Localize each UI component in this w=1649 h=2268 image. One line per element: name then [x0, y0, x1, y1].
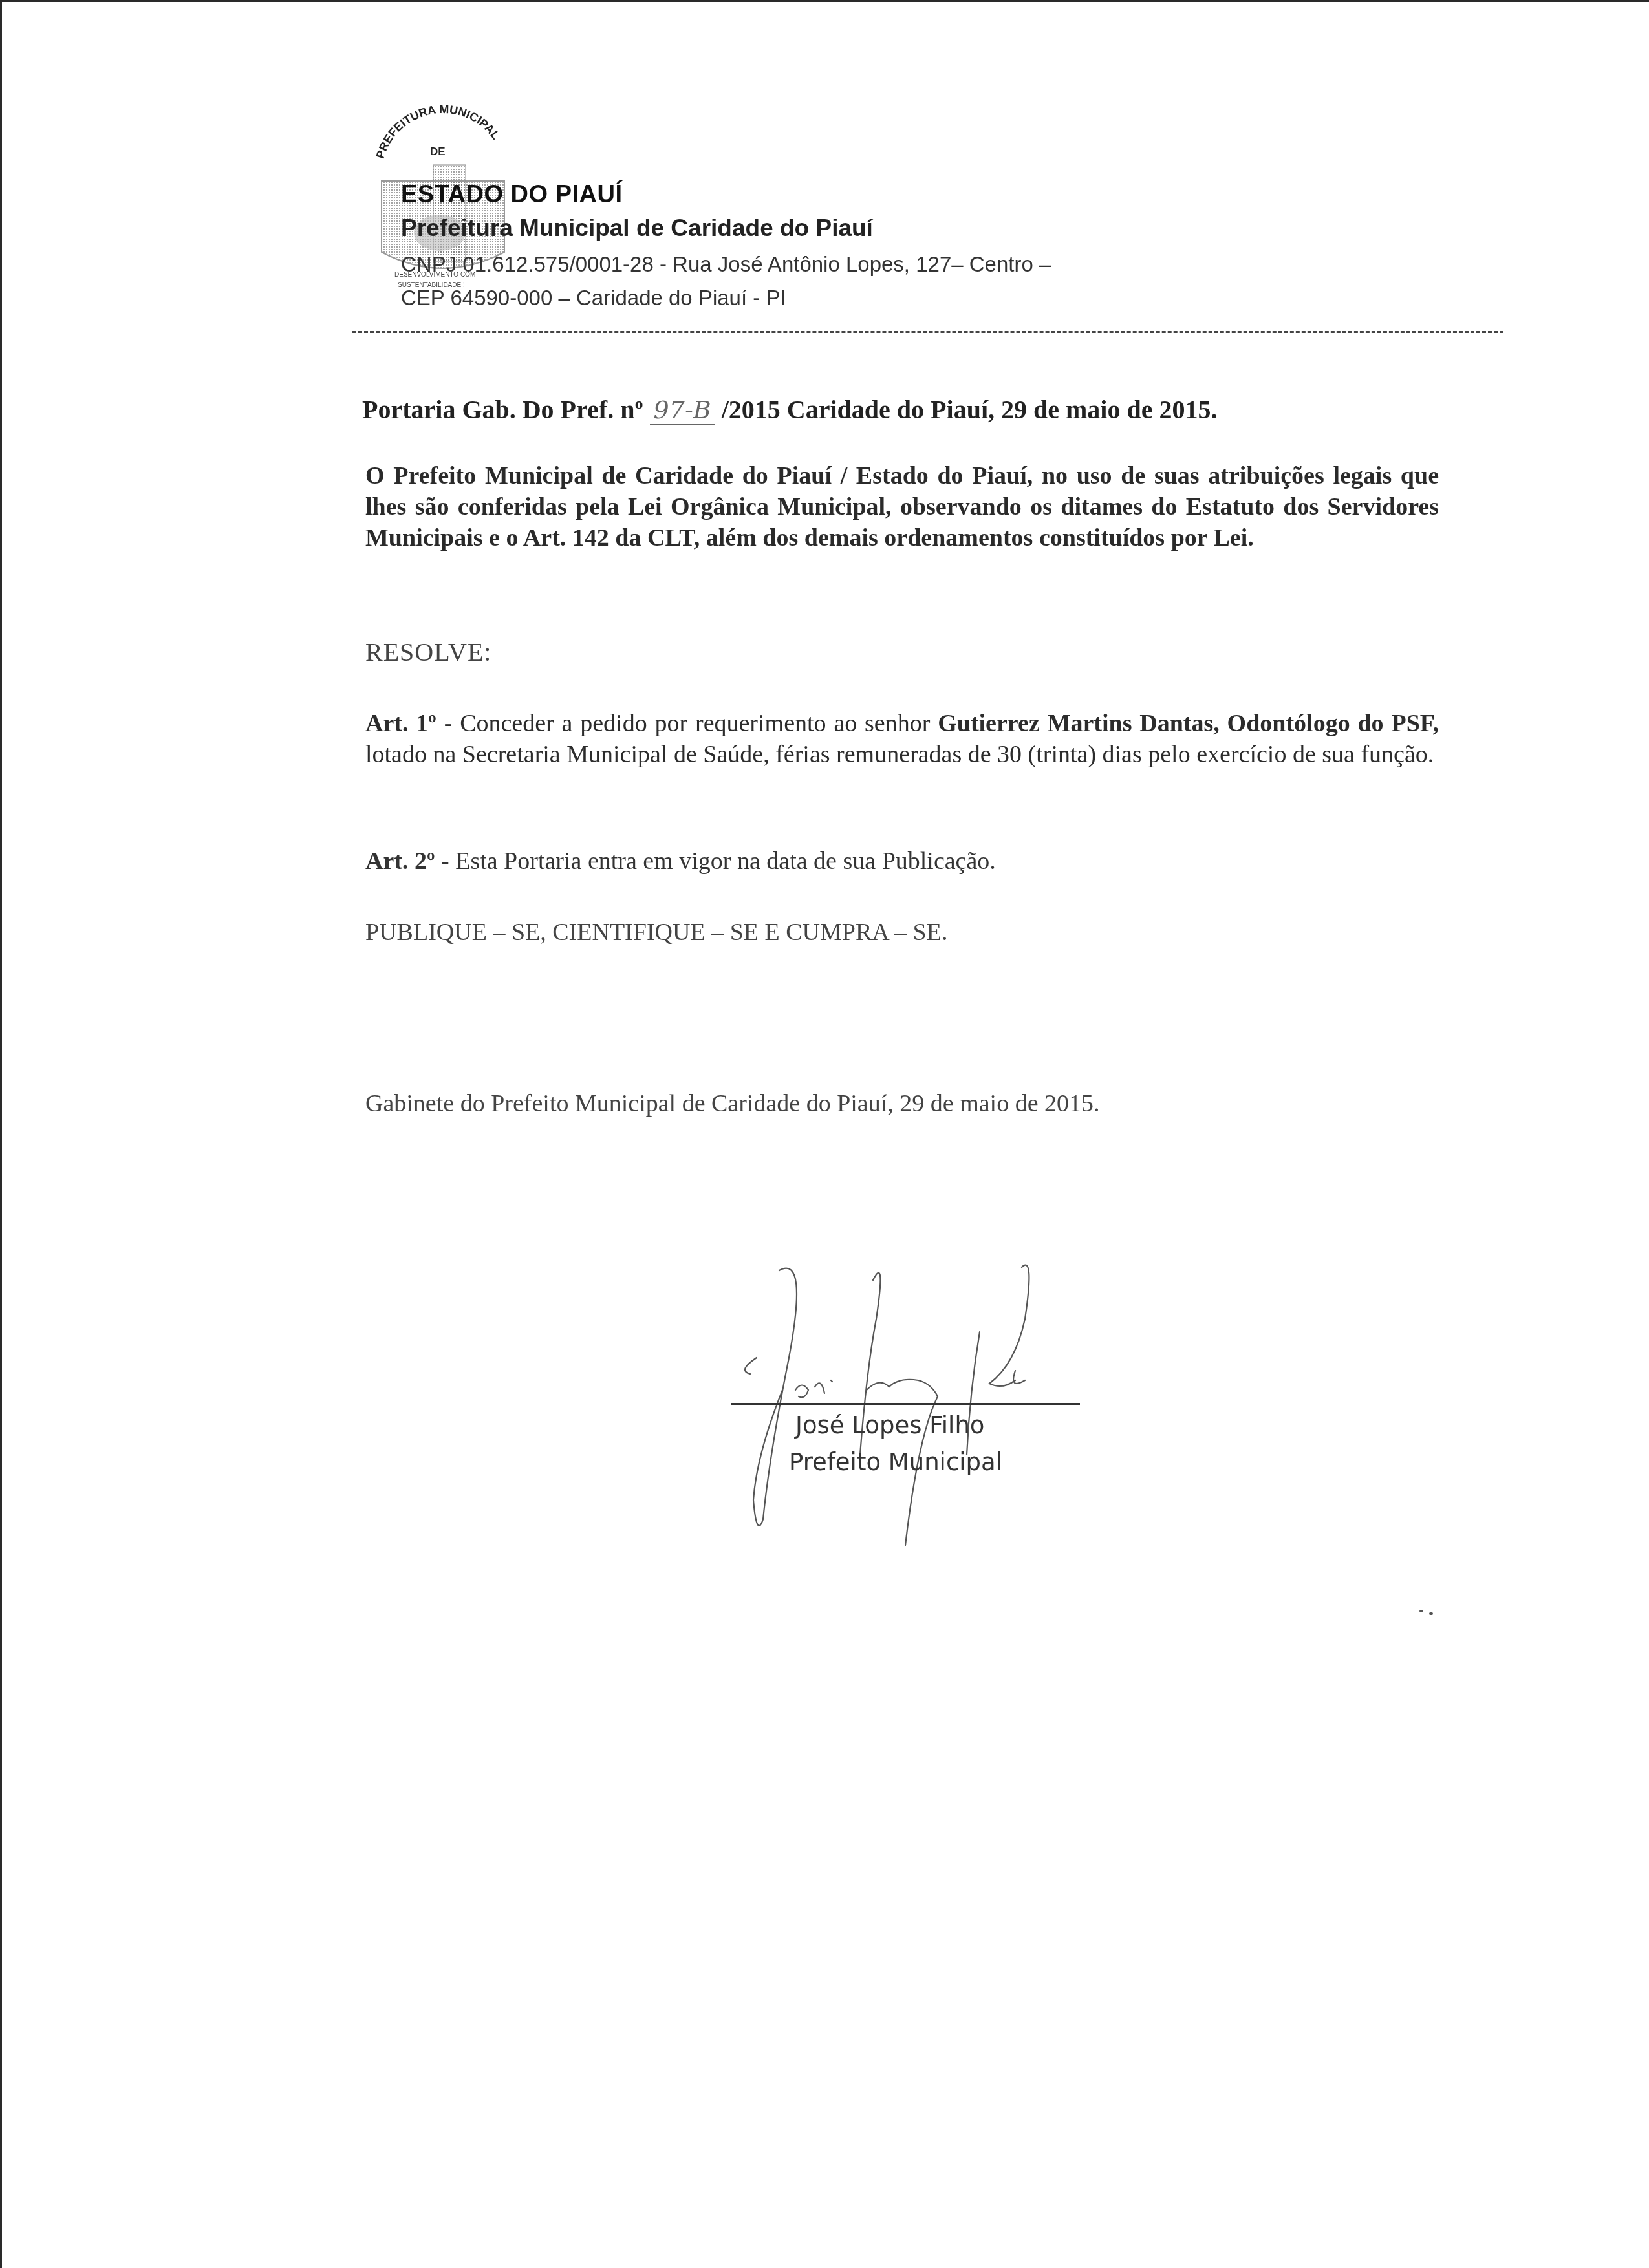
article-2: Art. 2º - Esta Portaria entra em vigor n… — [365, 847, 996, 875]
portaria-suffix: /2015 Caridade do Piauí, 29 de maio de 2… — [715, 395, 1218, 424]
header-divider — [352, 331, 1503, 333]
svg-text:DE: DE — [430, 145, 446, 158]
signatory-role: Prefeito Municipal — [789, 1448, 1002, 1476]
article-1: Art. 1º - Conceder a pedido por requerim… — [365, 708, 1439, 770]
address-line-1: CNPJ 01.612.575/0001-28 - Rua José Antôn… — [401, 252, 1051, 277]
intro-paragraph: O Prefeito Municipal de Caridade do Piau… — [365, 460, 1439, 553]
article-1-label: Art. 1º — [365, 710, 436, 737]
portaria-heading: Portaria Gab. Do Pref. nº 97-B /2015 Car… — [362, 394, 1217, 425]
address-line-2: CEP 64590-000 – Caridade do Piauí - PI — [401, 286, 786, 310]
resolve-heading: RESOLVE: — [365, 637, 491, 667]
signatory-name: José Lopes Filho — [795, 1411, 984, 1439]
publication-clause: PUBLIQUE – SE, CIENTIFIQUE – SE E CUMPRA… — [365, 918, 947, 947]
article-2-label: Art. 2º — [365, 848, 435, 875]
signature-line — [731, 1403, 1080, 1405]
closing-line: Gabinete do Prefeito Municipal de Carida… — [365, 1089, 1100, 1118]
scan-speck — [1419, 1610, 1423, 1612]
prefecture-name: Prefeitura Municipal de Caridade do Piau… — [401, 215, 873, 242]
scan-speck — [1429, 1612, 1433, 1615]
portaria-number-handwritten: 97-B — [650, 396, 715, 425]
portaria-prefix: Portaria Gab. Do Pref. nº — [362, 395, 650, 424]
article-1-beneficiary: Gutierrez Martins Dantas, Odontólogo do … — [938, 710, 1439, 737]
article-1-text-a: - Conceder a pedido por requerimento ao … — [436, 710, 938, 737]
state-name: ESTADO DO PIAUÍ — [401, 181, 623, 209]
scan-page-border — [0, 0, 1649, 2268]
article-1-text-b: lotado na Secretaria Municipal de Saúde,… — [365, 741, 1434, 768]
article-2-text: - Esta Portaria entra em vigor na data d… — [435, 848, 996, 875]
